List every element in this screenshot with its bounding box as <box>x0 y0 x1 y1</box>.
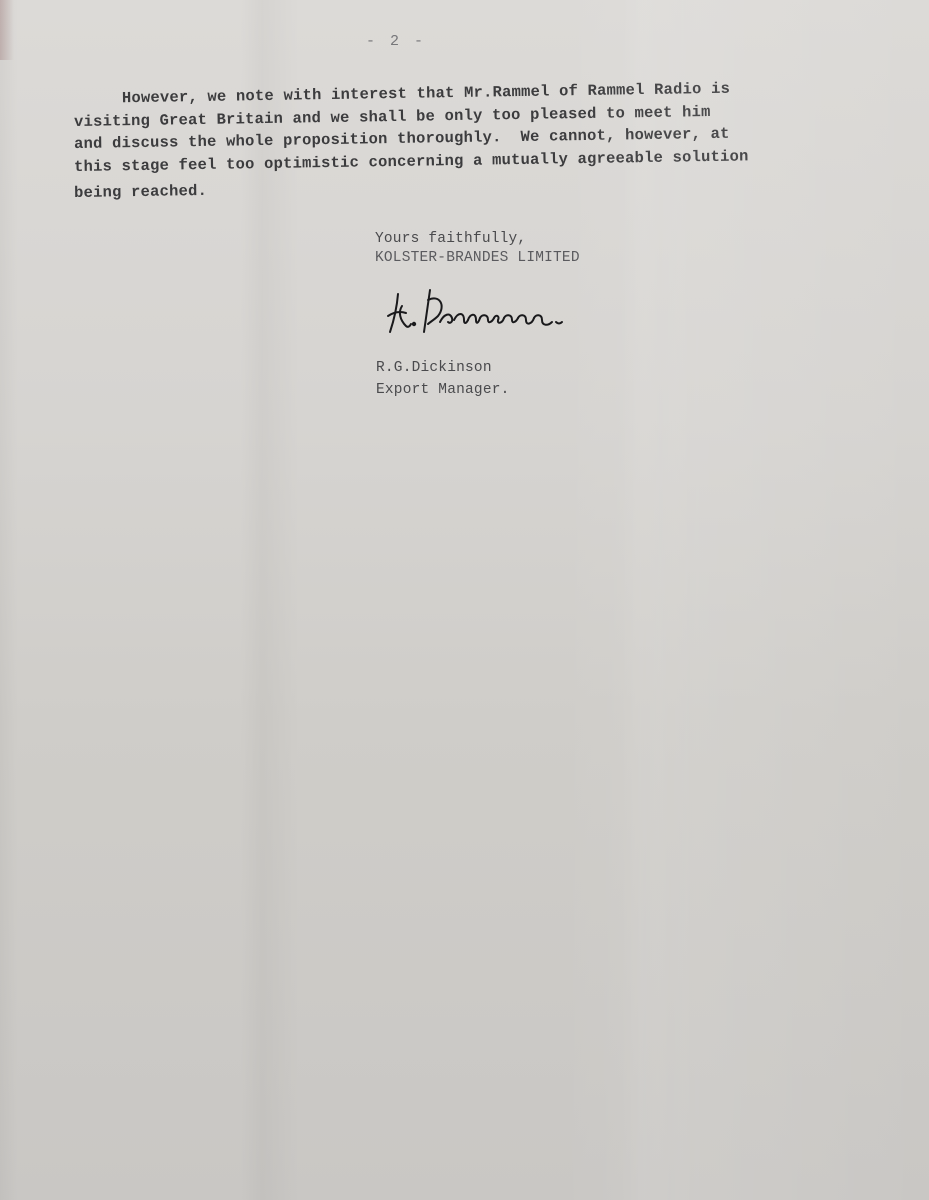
body-line-3: and discuss the whole proposition thorou… <box>74 125 730 153</box>
body-line-text: However, we note with interest that Mr.R… <box>122 80 730 108</box>
company-name: KOLSTER-BRANDES LIMITED <box>375 250 580 266</box>
body-line-2: visiting Great Britain and we shall be o… <box>74 103 711 131</box>
signatory-title: Export Manager. <box>376 382 510 398</box>
page-corner-shadow <box>0 0 14 60</box>
signatory-name: R.G.Dickinson <box>376 360 492 376</box>
body-line-5: being reached. <box>74 182 207 202</box>
closing-salutation: Yours faithfully, <box>375 231 526 247</box>
body-line-4: this stage feel too optimistic concernin… <box>74 147 749 176</box>
handwritten-signature-icon <box>384 286 574 338</box>
body-line-1: However, we note with interest that Mr.R… <box>74 80 730 108</box>
page-number: - 2 - <box>366 33 426 50</box>
paragraph-indent <box>74 102 122 103</box>
letter-page: - 2 - However, we note with interest tha… <box>0 0 929 1200</box>
